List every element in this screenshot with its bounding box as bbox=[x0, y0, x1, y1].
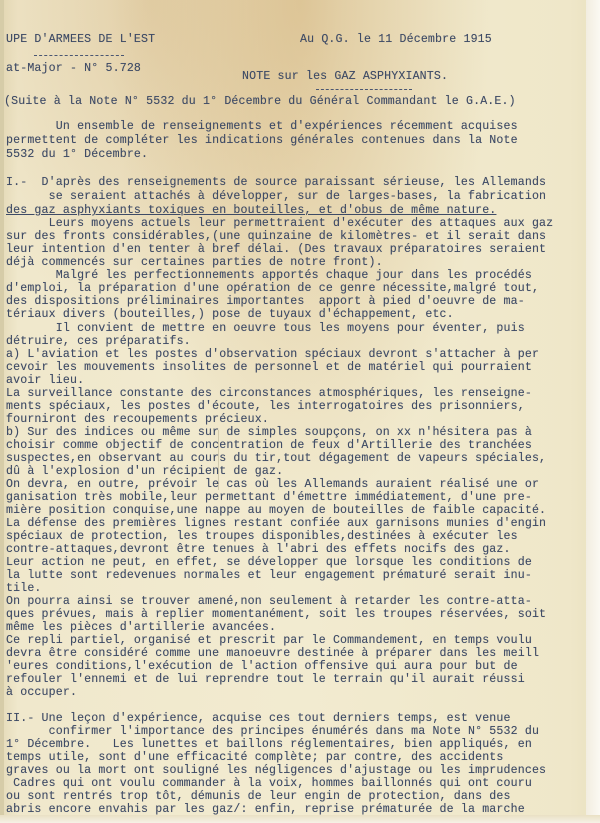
body-line: On pourra ainsi se trouver amené,non seu… bbox=[6, 595, 532, 608]
body-line: se seraient attachés à développer, sur d… bbox=[6, 190, 546, 203]
document-title: NOTE sur les GAZ ASPHYXIANTS. bbox=[242, 70, 448, 83]
body-line: des gaz asphyxiants toxiques en bouteill… bbox=[6, 204, 496, 217]
staff-reference: at-Major - N° 5.728 bbox=[6, 62, 141, 75]
body-line: I.- D'après des renseignements de source… bbox=[6, 176, 546, 189]
body-line: Leurs moyens actuels leur permettraient … bbox=[6, 217, 553, 230]
body-line: d'emploi, la préparation d'une opération… bbox=[6, 282, 539, 295]
body-line: Ce repli partiel, organisé et prescrit p… bbox=[6, 634, 532, 647]
body-line: tériaux divers (bouteilles,) pose de tuy… bbox=[6, 308, 454, 321]
body-line: choisir comme objectif de concentration … bbox=[6, 439, 532, 452]
body-line: des dispositions préliminaires important… bbox=[6, 295, 525, 308]
body-line: permettent de compléter les indications … bbox=[6, 134, 518, 147]
page-right-edge bbox=[586, 0, 600, 823]
page-left-edge bbox=[0, 0, 4, 823]
body-line: temps utile, sont d'une efficacité compl… bbox=[6, 751, 504, 764]
body-line: détruire, ces préparatifs. bbox=[6, 335, 191, 348]
body-line: Cadres qui ont voulu commander à la voix… bbox=[6, 777, 532, 790]
body-line: mière position conquise,une nappe au moy… bbox=[6, 504, 546, 517]
body-line: a) L'aviation et les postes d'observatio… bbox=[6, 348, 539, 361]
body-line: graves ou la mort ont souligné les négli… bbox=[6, 764, 546, 777]
body-line: suspectes,en observant au cours du tir,t… bbox=[6, 452, 546, 465]
body-line: ments spéciaux, les postes d'écoute, les… bbox=[6, 400, 525, 413]
body-line: 1° Décembre. Les lunettes et baillons ré… bbox=[6, 738, 532, 751]
body-line: Un ensemble de renseignements et d'expér… bbox=[6, 120, 518, 133]
body-line: confirmer l'importance des principes énu… bbox=[6, 725, 539, 738]
body-line: à occuper. bbox=[6, 686, 77, 699]
reference-note: (Suite à la Note N° 5532 du 1° Décembre … bbox=[4, 95, 516, 108]
body-line: Leur action ne peut, en effet, se dévelo… bbox=[6, 556, 532, 569]
page-bottom-edge bbox=[0, 815, 600, 823]
organization-heading: UPE D'ARMEES DE L'EST bbox=[6, 33, 155, 46]
body-line: ou sont rentrés trop tôt, démunis de leu… bbox=[6, 790, 511, 803]
body-line: ques prévues, mais à replier momentanéme… bbox=[6, 608, 546, 621]
body-line: même les pièces d'artillerie avancées. bbox=[6, 621, 276, 634]
body-line: spéciaux de protection, les troupes disp… bbox=[6, 530, 518, 543]
body-line: sur des fronts considérables,(une quinza… bbox=[6, 230, 546, 243]
document-page: UPE D'ARMEES DE L'EST at-Major - N° 5.72… bbox=[0, 0, 600, 823]
body-line: avoir lieu. bbox=[6, 374, 84, 387]
body-line: devra être considéré comme une manoeuvre… bbox=[6, 647, 539, 660]
body-line: II.- Une leçon d'expérience, acquise ces… bbox=[6, 712, 511, 725]
body-line: La défense des premières lignes restant … bbox=[6, 517, 546, 530]
body-line: b) Sur des indices ou même sur de simple… bbox=[6, 426, 532, 439]
body-line: déjà commencés sur certaines parties de … bbox=[6, 256, 383, 269]
body-line: cevoir les mouvements insolites de perso… bbox=[6, 361, 532, 374]
paper-fold-mark bbox=[218, 430, 219, 490]
place-date: Au Q.G. le 11 Décembre 1915 bbox=[300, 33, 492, 46]
body-line: On devra, en outre, prévoir le cas où le… bbox=[6, 478, 539, 491]
title-underline bbox=[316, 89, 412, 90]
body-line: refouler l'ennemi et de lui reprendre to… bbox=[6, 673, 525, 686]
body-line: la lutte sont redevenues normales et leu… bbox=[6, 569, 532, 582]
body-line: Malgré les perfectionnements apportés ch… bbox=[6, 269, 532, 282]
heading-divider bbox=[34, 55, 124, 56]
body-line: tile. bbox=[6, 582, 42, 595]
body-line: La surveillance constante des circonstan… bbox=[6, 387, 532, 400]
body-line: dû à l'explosion d'un récipient de gaz. bbox=[6, 465, 283, 478]
body-line: Il convient de mettre en oeuvre tous les… bbox=[6, 322, 525, 335]
body-line: 5532 du 1° Décembre. bbox=[6, 148, 148, 161]
body-line: 'eures conditions,l'exécution de l'actio… bbox=[6, 660, 518, 673]
body-line: leur intention d'en tenter à bref délai.… bbox=[6, 243, 546, 256]
body-line: fourniront des recoupements précieux. bbox=[6, 413, 269, 426]
body-line: ganisation très mobile,leur permettant d… bbox=[6, 491, 532, 504]
body-line: contre-attaques,devront être tenues à l'… bbox=[6, 543, 511, 556]
